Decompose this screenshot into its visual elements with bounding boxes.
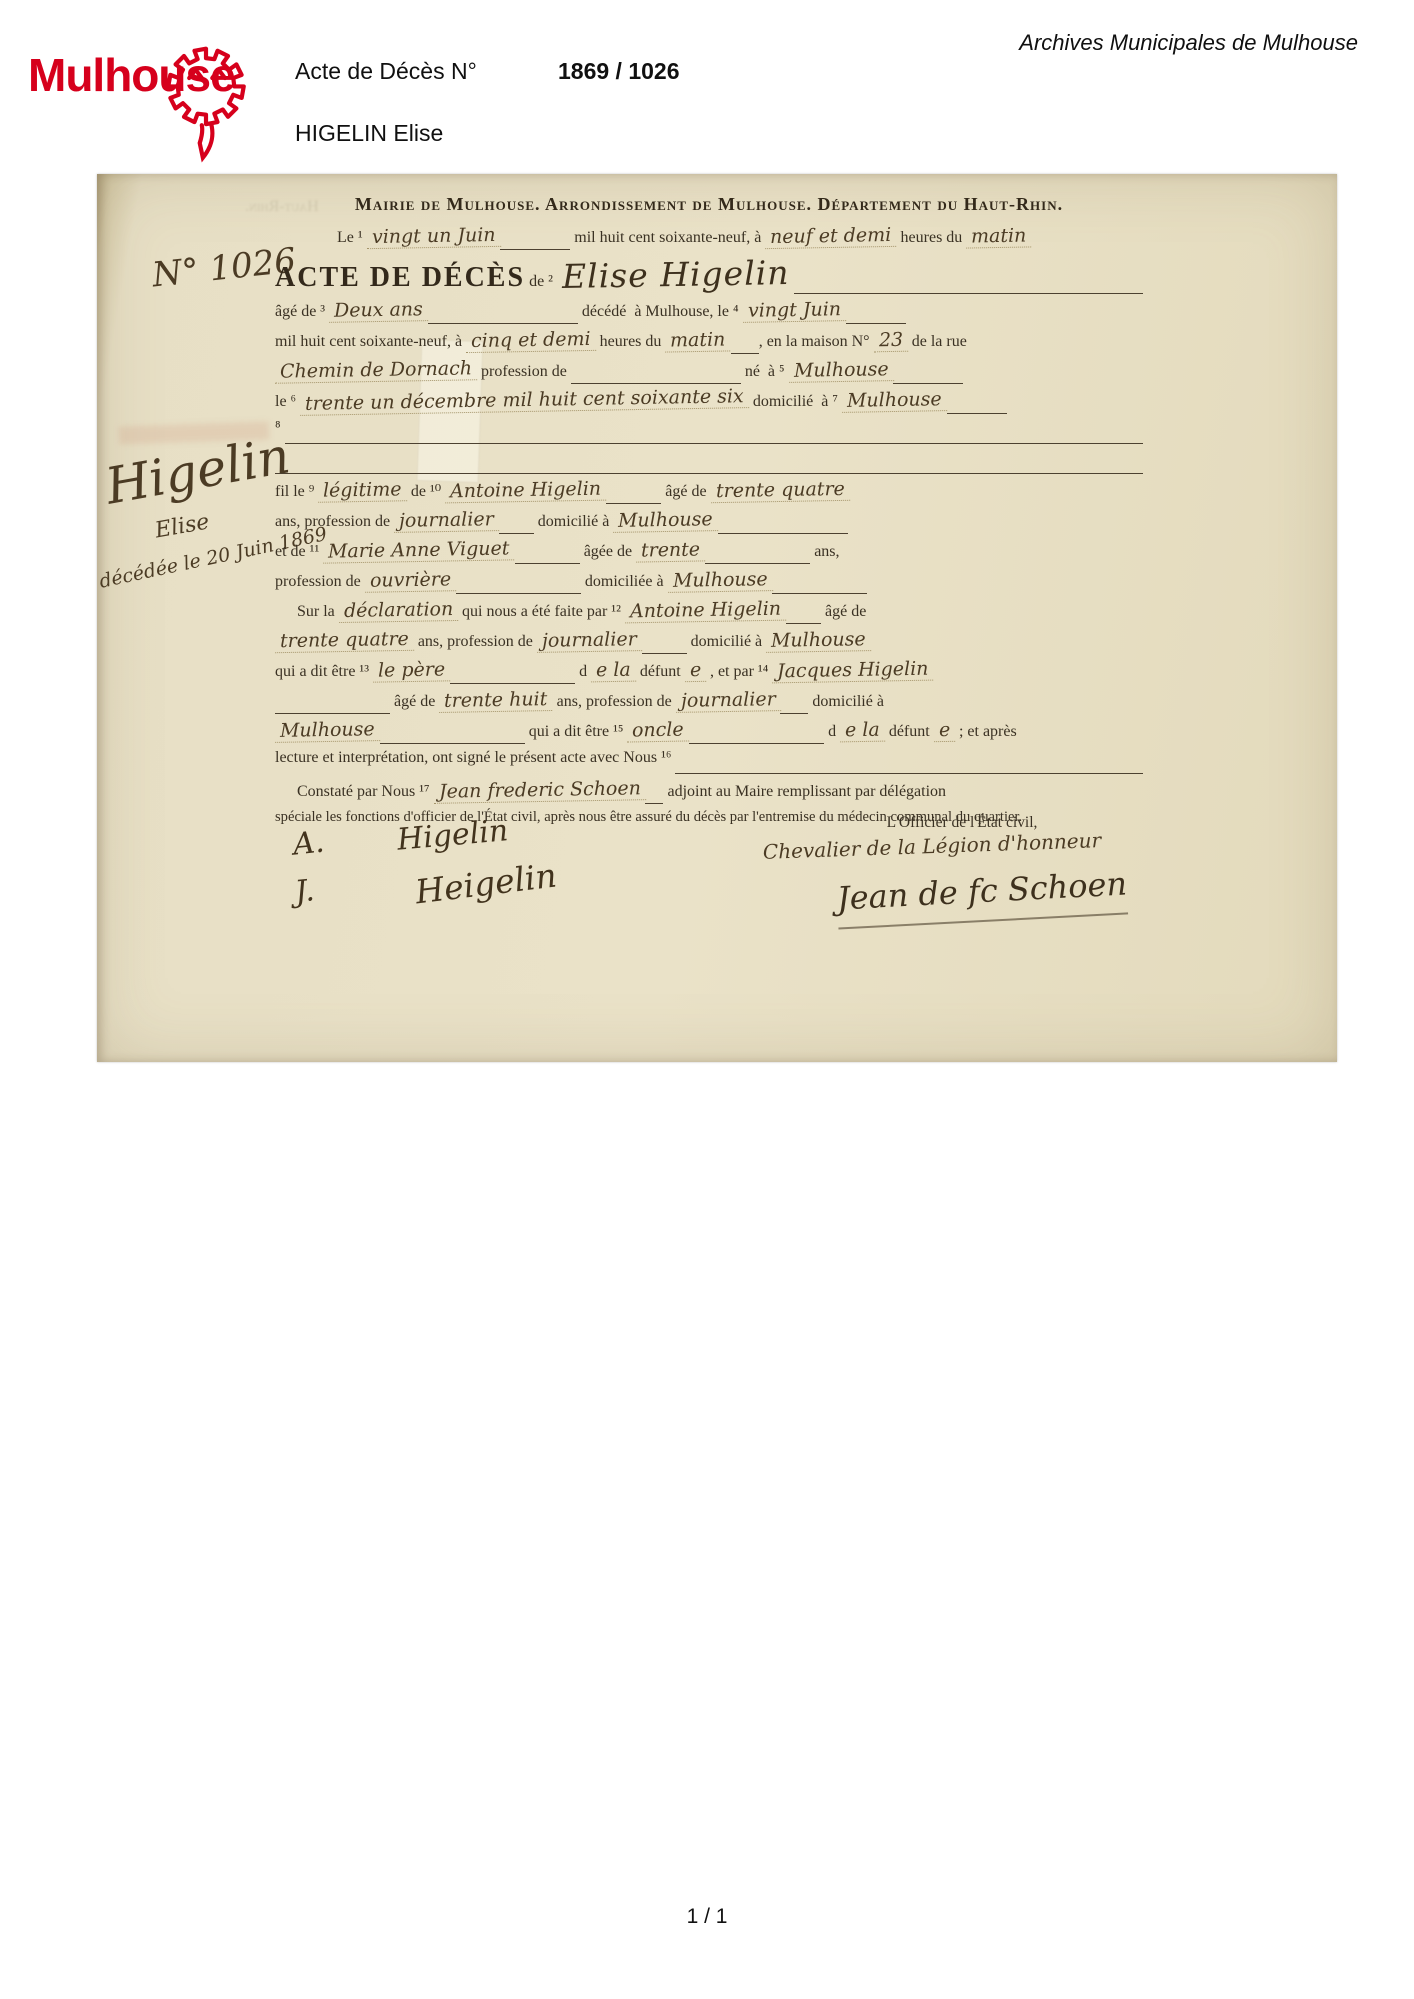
- handwritten-text: Deux ans: [329, 298, 428, 323]
- printed-text: et de ¹¹: [275, 543, 323, 561]
- printed-text: d: [824, 723, 840, 741]
- handwritten-text: trente huit: [439, 688, 553, 713]
- handwritten-text: Mulhouse: [842, 388, 947, 413]
- printed-text: domicilié à: [534, 513, 614, 531]
- handwritten-text: Antoine Higelin: [625, 598, 786, 624]
- form-line: Constaté par Nous ¹⁷ Jean frederic Schoe…: [275, 779, 1143, 809]
- handwritten-text: légitime: [318, 478, 407, 503]
- form-line: trente quatre ans, profession de journal…: [275, 629, 1143, 659]
- handwritten-text: trente quatre: [710, 478, 849, 503]
- form-line: Chemin de Dornach profession de né à ⁵ M…: [275, 359, 1143, 389]
- handwritten-text: déclaration: [339, 598, 459, 623]
- handwritten-text: vingt un Juin: [366, 224, 500, 249]
- archives-title: Archives Municipales de Mulhouse: [1019, 30, 1358, 56]
- printed-text: âgée de: [580, 543, 636, 561]
- printed-text: ⁸: [275, 419, 285, 437]
- printed-text: âgé de: [661, 483, 710, 501]
- officer-signature: Jean de fc Schoen: [836, 864, 1128, 929]
- form-line: ans, profession de journalier domicilié …: [275, 509, 1143, 539]
- printed-text: Sur la: [297, 603, 339, 621]
- printed-text: mil huit cent soixante-neuf, à: [570, 229, 765, 247]
- form-line: mil huit cent soixante-neuf, à cinq et d…: [275, 329, 1143, 359]
- printed-text: , en la maison N°: [759, 333, 874, 351]
- printed-text: ans,: [810, 543, 839, 561]
- officer-signature-block: L'Officier de l'État civil, Chevalier de…: [797, 814, 1127, 922]
- form-line: qui a dit être ¹³ le père d e la défunt …: [275, 659, 1143, 689]
- handwritten-text: le père: [373, 658, 450, 682]
- handwritten-text: matin: [966, 224, 1032, 248]
- printed-text: décédé à Mulhouse, le ⁴: [578, 303, 743, 321]
- printed-text: qui a dit être ¹⁵: [525, 723, 628, 741]
- printed-text: défunt: [885, 723, 934, 741]
- rule-line: [786, 615, 821, 624]
- handwritten-text: journalier: [394, 508, 499, 533]
- rule-line: [718, 525, 848, 534]
- printed-text: , et par ¹⁴: [706, 663, 772, 681]
- printed-text: âgé de ³: [275, 303, 329, 321]
- margin-firstname: Elise: [153, 509, 211, 543]
- acte-label: Acte de Décès N°: [295, 58, 477, 85]
- mulhouse-logo-text: Mulhouse: [28, 48, 235, 102]
- printed-text: lecture et interprétation, ont signé le …: [275, 749, 675, 767]
- printed-text: âgé de: [821, 603, 866, 621]
- printed-text: heures du: [897, 229, 967, 247]
- printed-text: fil le ⁹: [275, 483, 318, 501]
- printed-text: né à ⁵: [741, 363, 789, 381]
- rule-line: [275, 465, 1143, 474]
- handwritten-text: Mulhouse: [667, 568, 772, 593]
- handwritten-text: vingt Juin: [742, 298, 845, 323]
- handwritten-text: Antoine Higelin: [445, 478, 606, 504]
- handwritten-text: oncle: [627, 718, 689, 742]
- person-name: HIGELIN Elise: [295, 120, 443, 147]
- rule-line: [499, 525, 534, 534]
- rule-line: [705, 555, 810, 564]
- rule-line: [689, 735, 824, 744]
- rule-line: [428, 315, 578, 324]
- form-lines: Le ¹ vingt un Juin mil huit cent soixant…: [275, 225, 1143, 839]
- handwritten-text: e: [684, 659, 706, 682]
- handwritten-text: ouvrière: [365, 568, 457, 593]
- printed-text: profession de: [477, 363, 571, 381]
- acte-number: 1869 / 1026: [558, 58, 680, 85]
- handwritten-text: matin: [665, 328, 731, 352]
- printed-text: qui nous a été faite par ¹²: [458, 603, 625, 621]
- form-line: âgé de trente huit ans, profession de jo…: [275, 689, 1143, 719]
- form-line: et de ¹¹ Marie Anne Viguet âgée de trent…: [275, 539, 1143, 569]
- rule-line: [675, 765, 1143, 774]
- printed-text: de ¹⁰: [407, 481, 445, 501]
- handwritten-text: trente: [636, 538, 705, 562]
- rule-line: [846, 315, 906, 324]
- printed-text: de la rue: [908, 333, 967, 351]
- rule-line: [645, 795, 663, 804]
- form-line: Sur la déclaration qui nous a été faite …: [275, 599, 1143, 629]
- form-line: profession de ouvrière domiciliée à Mulh…: [275, 569, 1143, 599]
- form-line: fil le ⁹ légitime de ¹⁰ Antoine Higelin …: [275, 479, 1143, 509]
- signature-initial-1: A.: [291, 824, 326, 862]
- rule-line: [642, 645, 687, 654]
- form-header: Mairie de Mulhouse. Arrondissement de Mu…: [275, 194, 1143, 215]
- handwritten-text: neuf et demi: [765, 224, 897, 249]
- handwritten-name: Elise Higelin: [557, 253, 795, 296]
- printed-text: mil huit cent soixante-neuf, à: [275, 333, 466, 351]
- rule-line: [731, 345, 759, 354]
- handwritten-text: 23: [873, 329, 908, 353]
- printed-text: le ⁶: [275, 393, 300, 411]
- page-indicator: 1 / 1: [0, 1905, 1414, 1929]
- printed-text: domicilié à: [687, 633, 767, 651]
- printed-text: défunt: [636, 663, 685, 681]
- rule-line: [456, 585, 581, 594]
- rule-line: [450, 675, 575, 684]
- signature-uncle: Heigelin: [413, 855, 559, 911]
- rule-line: [893, 375, 963, 384]
- handwritten-text: journalier: [676, 688, 781, 713]
- form-line: ⁸: [275, 419, 1143, 449]
- printed-text: heures du: [596, 333, 666, 351]
- form-line: le ⁶ trente un décembre mil huit cent so…: [275, 389, 1143, 419]
- handwritten-text: e: [934, 719, 956, 742]
- printed-text: profession de: [275, 573, 365, 591]
- handwritten-text: Mulhouse: [788, 358, 893, 383]
- death-certificate-scan: Haut-Rhin. N° 1026 Higelin Elise décédée…: [97, 174, 1337, 1062]
- printed-text: domicilié à: [808, 693, 884, 711]
- printed-text: Le ¹: [337, 229, 367, 247]
- handwritten-text: Mulhouse: [613, 508, 718, 533]
- page: Mulhouse Archives Municipales de Mulhous…: [0, 0, 1414, 1999]
- handwritten-text: e la: [591, 659, 636, 683]
- handwritten-text: trente quatre: [275, 628, 414, 653]
- handwritten-text: cinq et demi: [466, 328, 596, 353]
- rule-line: [515, 555, 580, 564]
- printed-text: domicilié à ⁷: [749, 393, 842, 411]
- form-line: ACTE DE DÉCÈS de ² Elise Higelin: [275, 255, 1143, 299]
- form-line: âgé de ³ Deux ans décédé à Mulhouse, le …: [275, 299, 1143, 329]
- rule-line: [606, 495, 661, 504]
- handwritten-text: Mulhouse: [275, 718, 380, 743]
- form-line: Le ¹ vingt un Juin mil huit cent soixant…: [275, 225, 1143, 255]
- form-line: lecture et interprétation, ont signé le …: [275, 749, 1143, 779]
- handwritten-text: journalier: [537, 628, 642, 653]
- signature-initial-2: J.: [293, 873, 316, 910]
- acte-title: ACTE DE DÉCÈS: [275, 262, 525, 294]
- rule-line: [794, 285, 1143, 294]
- rule-line: [571, 375, 741, 384]
- printed-text: d: [575, 663, 591, 681]
- rule-line: [947, 405, 1007, 414]
- handwritten-text: Jean frederic Schoen: [433, 777, 645, 804]
- form-line: Mulhouse qui a dit être ¹⁵ oncle d e la …: [275, 719, 1143, 749]
- handwritten-text: Marie Anne Viguet: [323, 537, 515, 563]
- printed-text: ans, profession de: [414, 633, 537, 651]
- form-line: [275, 449, 1143, 479]
- printed-text: ans, profession de: [275, 513, 394, 531]
- certificate-form: Mairie de Mulhouse. Arrondissement de Mu…: [275, 194, 1143, 839]
- handwritten-text: e la: [840, 719, 885, 743]
- rule-line: [275, 705, 390, 714]
- rule-line: [285, 435, 1143, 444]
- rule-line: [780, 705, 808, 714]
- handwritten-text: trente un décembre mil huit cent soixant…: [300, 385, 749, 416]
- printed-text: Constaté par Nous ¹⁷: [297, 783, 434, 801]
- printed-text: qui a dit être ¹³: [275, 663, 373, 681]
- printed-text: adjoint au Maire remplissant par délégat…: [663, 783, 946, 801]
- printed-text: ; et après: [955, 723, 1017, 741]
- rule-line: [500, 241, 570, 250]
- handwritten-text: Mulhouse: [766, 628, 871, 653]
- printed-text: domiciliée à: [581, 573, 668, 591]
- printed-text: âgé de: [390, 693, 439, 711]
- handwritten-text: Chemin de Dornach: [275, 357, 477, 384]
- printed-text: ans, profession de: [553, 693, 676, 711]
- rule-line: [380, 735, 525, 744]
- printed-text: de ²: [525, 273, 557, 291]
- handwritten-text: Jacques Higelin: [772, 658, 934, 684]
- rule-line: [772, 585, 867, 594]
